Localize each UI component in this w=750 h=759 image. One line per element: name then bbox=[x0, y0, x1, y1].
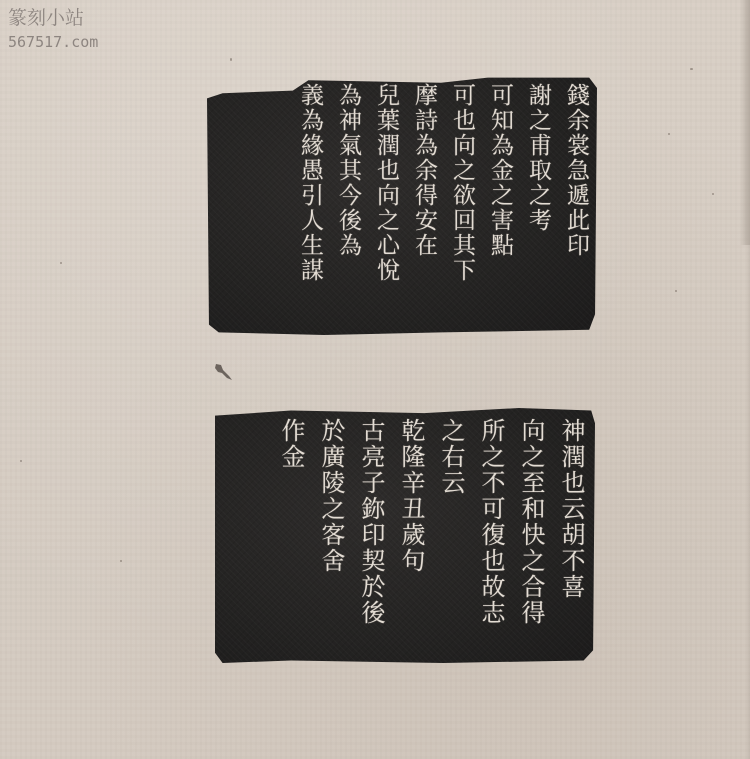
inscription-column: 兒葉潤也向之心悅 bbox=[364, 83, 397, 283]
inscription-column: 乾隆辛丑歲句 bbox=[388, 418, 423, 574]
inscription-column: 於廣陵之客舍 bbox=[308, 418, 343, 574]
inscription-column: 錢余裳急遞此印 bbox=[554, 83, 587, 258]
inscription-column: 謝之甫取之考 bbox=[516, 83, 549, 233]
paper-speck bbox=[230, 58, 232, 61]
paper-speck bbox=[120, 560, 122, 562]
inscription-column: 向之至和快之合得 bbox=[508, 418, 543, 626]
paper-speck bbox=[20, 460, 22, 462]
ink-mark bbox=[212, 361, 234, 383]
inscription-column: 可知為金之害點 bbox=[478, 83, 511, 258]
inscription-column: 神潤也云胡不喜 bbox=[548, 418, 583, 600]
paper-speck bbox=[60, 262, 62, 264]
paper-speck bbox=[675, 290, 677, 292]
seal-rubbing-top: 錢余裳急遞此印 謝之甫取之考 可知為金之害點 可也向之欲回其下 摩詩為余得安在 … bbox=[207, 75, 597, 335]
inscription-column: 所之不可復也故志 bbox=[468, 418, 503, 626]
watermark-title: 篆刻小站 bbox=[8, 8, 98, 30]
watermark: 篆刻小站 567517.com bbox=[8, 8, 98, 51]
inscription-column: 摩詩為余得安在 bbox=[402, 83, 435, 258]
paper-speck bbox=[690, 68, 693, 70]
inscription-column: 義為緣愚引人生謀 bbox=[288, 83, 321, 283]
inscription-column: 為神氣其今後為 bbox=[326, 83, 359, 258]
page-edge-shadow-lower bbox=[746, 245, 750, 759]
paper-speck bbox=[668, 133, 670, 135]
inscription-column: 之右云 bbox=[428, 418, 463, 496]
seal-rubbing-bottom: 神潤也云胡不喜 向之至和快之合得 所之不可復也故志 之右云 乾隆辛丑歲句 古亮子… bbox=[215, 408, 595, 663]
inscription-column: 可也向之欲回其下 bbox=[440, 83, 473, 283]
inscription-column: 古亮子鉨印契於後 bbox=[348, 418, 383, 626]
inscription-column: 作金 bbox=[268, 418, 303, 470]
page-edge-shadow bbox=[740, 0, 750, 245]
watermark-url: 567517.com bbox=[8, 34, 98, 51]
paper-speck bbox=[712, 193, 714, 195]
